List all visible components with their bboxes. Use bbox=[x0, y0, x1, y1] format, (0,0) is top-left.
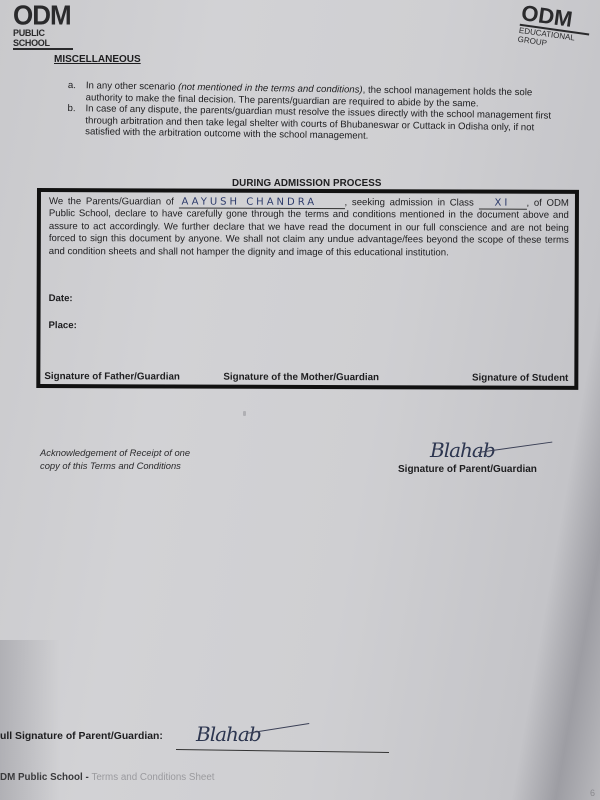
student-name-field[interactable]: AAYUSH CHANDRA bbox=[179, 197, 345, 209]
miscellaneous-heading: MISCELLANEOUS bbox=[54, 54, 141, 65]
acknowledgement-line: Acknowledgement of Receipt of one bbox=[40, 446, 190, 459]
parent-signature-label: Signature of Parent/Guardian bbox=[398, 464, 537, 475]
signature-line bbox=[176, 749, 389, 753]
text-part: In case of any dispute, the parents/guar… bbox=[85, 103, 551, 142]
logo-subtitle: PUBLIC SCHOOL bbox=[13, 28, 73, 50]
footer: DM Public School - Terms and Conditions … bbox=[0, 772, 215, 783]
footer-brand: DM Public School - bbox=[0, 772, 91, 783]
admission-declaration-box: We the Parents/Guardian of AAYUSH CHANDR… bbox=[36, 188, 579, 390]
acknowledgement-text: Acknowledgement of Receipt of one copy o… bbox=[40, 446, 190, 472]
full-handwritten-signature: Blahab bbox=[196, 722, 261, 746]
place-label: Place: bbox=[49, 320, 77, 331]
odm-educational-group-logo: ODM EDUCATIONAL GROUP bbox=[517, 2, 592, 53]
declaration-text: We the Parents/Guardian of AAYUSH CHANDR… bbox=[49, 196, 569, 260]
text-part: We the Parents/Guardian of bbox=[49, 196, 179, 207]
page-number: 6 bbox=[590, 788, 595, 798]
footer-subtitle: Terms and Conditions Sheet bbox=[91, 772, 214, 783]
text-part: In any other scenario bbox=[86, 80, 178, 92]
admission-section-heading: DURING ADMISSION PROCESS bbox=[232, 178, 382, 189]
father-signature-label: Signature of Father/Guardian bbox=[44, 371, 180, 382]
mother-signature-label: Signature of the Mother/Guardian bbox=[223, 372, 379, 384]
date-label: Date: bbox=[49, 293, 73, 304]
acknowledgement-line: copy of this Terms and Conditions bbox=[40, 459, 190, 472]
logo-title: ODM bbox=[13, 1, 73, 28]
list-marker: a. bbox=[68, 80, 86, 103]
full-signature-label: ull Signature of Parent/Guardian: bbox=[0, 731, 163, 742]
miscellaneous-list: a. In any other scenario (not mentioned … bbox=[67, 80, 568, 146]
class-field[interactable]: XI bbox=[478, 199, 526, 210]
odm-public-school-logo: ODM PUBLIC SCHOOL bbox=[13, 2, 73, 50]
list-item-text: In case of any dispute, the parents/guar… bbox=[85, 103, 567, 145]
text-part: , seeking admission in Class bbox=[345, 197, 479, 208]
student-signature-label: Signature of Student bbox=[472, 373, 568, 384]
list-item: b. In case of any dispute, the parents/g… bbox=[67, 103, 567, 146]
paper-mark bbox=[243, 411, 246, 416]
list-marker: b. bbox=[67, 103, 86, 138]
